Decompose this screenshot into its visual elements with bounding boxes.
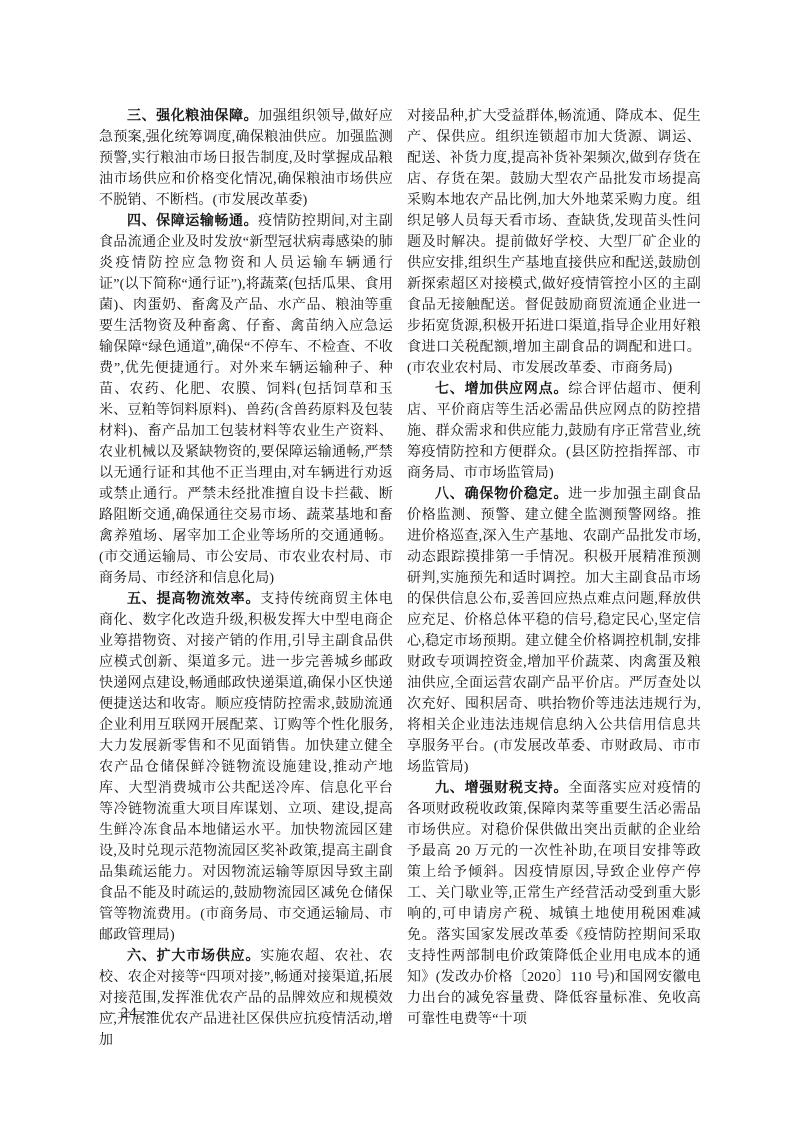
section-5-body: 支持传统商贸主体电商化、数字化改造升级,积极发挥大中型电商企业筹措物资、对接产销… — [99, 592, 393, 943]
section-9-body: 全面落实应对疫情的各项财政税收政策,保障肉菜等重要生活必需品市场供应。对稳价保供… — [407, 781, 701, 1027]
two-column-text-area: 三、强化粮油保障。加强组织领导,做好应急预案,强化统筹调度,确保粮油供应。加强监… — [99, 106, 701, 1051]
section-4-body: 疫情防控期间,对主副食品流通企业及时发放“新型冠状病毒感染的肺炎疫情防控应急物资… — [99, 214, 393, 586]
document-page: 三、强化粮油保障。加强组织领导,做好应急预案,强化统筹调度,确保粮油供应。加强监… — [99, 106, 701, 1051]
section-8-body: 进一步加强主副食品价格监测、预警、建立健全监测预警网络。推进价格巡查,深入生产基… — [407, 487, 701, 775]
paragraph-section-4: 四、保障运输畅通。疫情防控期间,对主副食品流通企业及时发放“新型冠状病毒感染的肺… — [99, 211, 393, 589]
paragraph-section-6: 六、扩大市场供应。实施农超、农社、农校、农企对接等“四项对接”,畅通对接渠道,拓… — [99, 946, 393, 1051]
right-column: 对接品种,扩大受益群体,畅流通、降成本、促生产、保供应。组织连锁超市加大货源、调… — [407, 106, 701, 1051]
section-5-heading: 五、提高物流效率。 — [127, 592, 260, 607]
section-6-heading: 六、扩大市场供应。 — [127, 949, 260, 964]
section-7-heading: 七、增加供应网点。 — [435, 382, 568, 397]
section-6-body-continued: 对接品种,扩大受益群体,畅流通、降成本、促生产、保供应。组织连锁超市加大货源、调… — [407, 109, 701, 376]
paragraph-section-5: 五、提高物流效率。支持传统商贸主体电商化、数字化改造升级,积极发挥大中型电商企业… — [99, 589, 393, 946]
left-column: 三、强化粮油保障。加强组织领导,做好应急预案,强化统筹调度,确保粮油供应。加强监… — [99, 106, 393, 1051]
paragraph-section-6-continued: 对接品种,扩大受益群体,畅流通、降成本、促生产、保供应。组织连锁超市加大货源、调… — [407, 106, 701, 379]
section-8-heading: 八、确保物价稳定。 — [435, 487, 568, 502]
paragraph-section-8: 八、确保物价稳定。进一步加强主副食品价格监测、预警、建立健全监测预警网络。推进价… — [407, 484, 701, 778]
section-3-heading: 三、强化粮油保障。 — [127, 109, 258, 124]
page-number: — 24 — — [100, 1003, 159, 1023]
paragraph-section-3: 三、强化粮油保障。加强组织领导,做好应急预案,强化统筹调度,确保粮油供应。加强监… — [99, 106, 393, 211]
section-9-heading: 九、增强财税支持。 — [435, 781, 568, 796]
paragraph-section-9: 九、增强财税支持。全面落实应对疫情的各项财政税收政策,保障肉菜等重要生活必需品市… — [407, 778, 701, 1030]
paragraph-section-7: 七、增加供应网点。综合评估超市、便利店、平价商店等生活必需品供应网点的防控措施、… — [407, 379, 701, 484]
section-4-heading: 四、保障运输畅通。 — [127, 214, 258, 229]
